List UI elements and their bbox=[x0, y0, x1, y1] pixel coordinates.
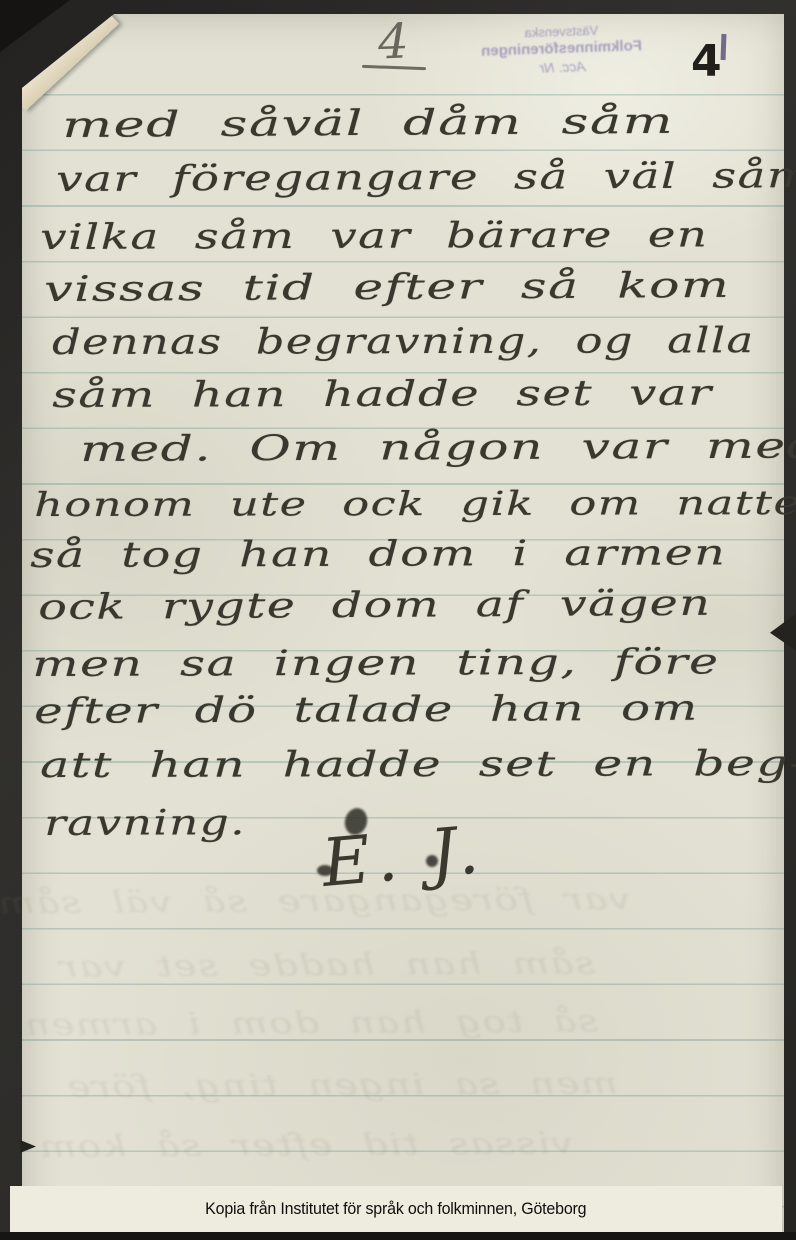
manuscript-line: såm han hadde set var bbox=[52, 373, 713, 416]
manuscript-line: dennas begravning, og alla bbox=[52, 321, 755, 363]
frame-bottom-bar bbox=[0, 1232, 796, 1240]
footer-caption: Kopia från Institutet för språk och folk… bbox=[10, 1186, 782, 1232]
manuscript-line: att han hadde set en beg- bbox=[40, 744, 796, 786]
manuscript-line: var föregangare så väl såm bbox=[56, 156, 796, 200]
manuscript-line: men sa ingen ting, före bbox=[32, 642, 720, 685]
page-number-stamped: 4 bbox=[691, 36, 722, 87]
stamp-bleedthrough: Västsvenska Folkminnesföreningen Acc. Nr bbox=[481, 21, 643, 79]
footer-caption-text: Kopia från Institutet för språk och folk… bbox=[205, 1199, 586, 1219]
ink-blot bbox=[426, 855, 438, 867]
manuscript-line: ravning. bbox=[44, 803, 246, 844]
manuscript-line: så tog han dom i armen bbox=[30, 533, 726, 576]
stamp-mark bbox=[721, 34, 727, 60]
manuscript-line: honom ute ock gik om natten bbox=[34, 483, 796, 524]
page-number-pencil: 4 bbox=[377, 13, 409, 70]
manuscript-line: med såväl dåm såm bbox=[62, 102, 674, 146]
ink-blot bbox=[317, 865, 333, 876]
manuscript-line: med. Om någon var med bbox=[80, 426, 796, 470]
manuscript-line: ock rygte dom af vägen bbox=[38, 584, 711, 628]
manuscript-line: vissas tid efter så kom bbox=[44, 266, 730, 310]
manuscript-line: efter dö talade han om bbox=[34, 689, 699, 732]
manuscript-line: vilka såm var bärare en bbox=[40, 215, 709, 258]
frame-corner-shadow bbox=[0, 0, 70, 52]
